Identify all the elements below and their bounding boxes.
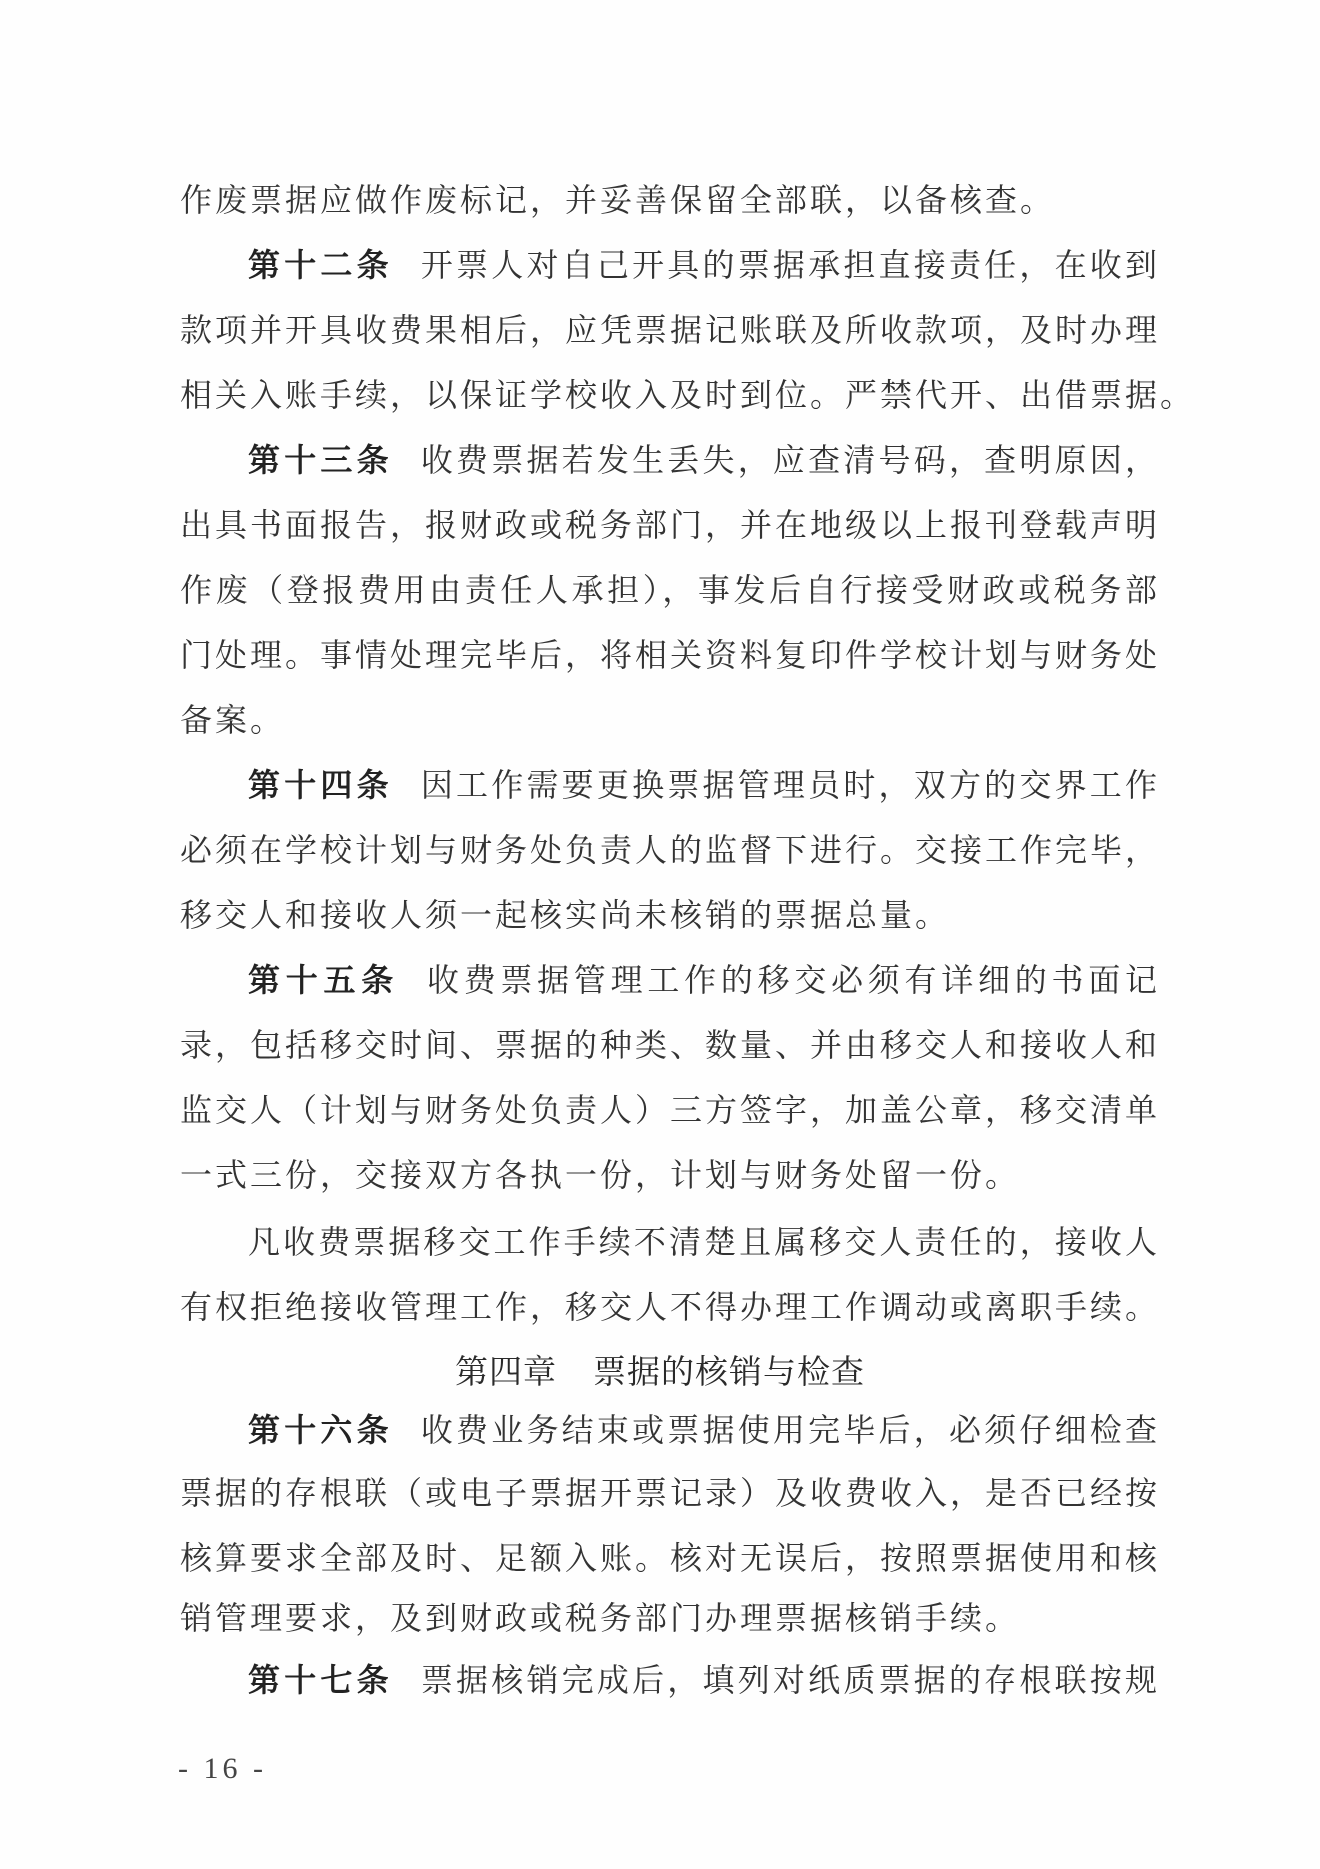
paragraph-line: 核算要求全部及时、足额入账。核对无误后，按照票据使用和核 xyxy=(180,1536,1160,1580)
line-text: 款项并开具收费果相后，应凭票据记账联及所收款项，及时办理 xyxy=(180,311,1160,349)
article-label: 第十五条 xyxy=(248,961,399,999)
line-text: 因工作需要更换票据管理员时，双方的交界工作 xyxy=(421,766,1160,804)
paragraph-line: 备案。 xyxy=(180,698,1160,742)
paragraph-line: 监交人（计划与财务处负责人）三方签字，加盖公章，移交清单 xyxy=(180,1088,1160,1132)
paragraph-line: 出具书面报告，报财政或税务部门，并在地级以上报刊登载声明 xyxy=(180,503,1160,547)
article-14-heading-line: 第十四条因工作需要更换票据管理员时，双方的交界工作 xyxy=(248,763,1160,807)
article-16-heading-line: 第十六条收费业务结束或票据使用完毕后，必须仔细检查 xyxy=(248,1408,1160,1452)
paragraph-line: 一式三份，交接双方各执一份，计划与财务处留一份。 xyxy=(180,1153,1160,1197)
paragraph-line: 必须在学校计划与财务处负责人的监督下进行。交接工作完毕， xyxy=(180,828,1160,872)
article-12-heading-line: 第十二条开票人对自己开具的票据承担直接责任，在收到 xyxy=(248,243,1160,287)
line-text: 票据核销完成后，填列对纸质票据的存根联按规 xyxy=(421,1661,1160,1699)
line-text: 开票人对自己开具的票据承担直接责任，在收到 xyxy=(421,246,1160,284)
paragraph-line: 相关入账手续，以保证学校收入及时到位。严禁代开、出借票据。 xyxy=(180,373,1160,417)
paragraph-line: 票据的存根联（或电子票据开票记录）及收费收入，是否已经按 xyxy=(180,1471,1160,1515)
line-text: 有权拒绝接收管理工作，移交人不得办理工作调动或离职手续。 xyxy=(180,1288,1160,1326)
document-page: 作废票据应做作废标记，并妥善保留全部联，以备核查。 第十二条开票人对自己开具的票… xyxy=(0,0,1320,1869)
line-text: 作废（登报费用由责任人承担），事发后自行接受财政或税务部 xyxy=(180,571,1160,609)
article-label: 第十三条 xyxy=(248,441,393,479)
line-text: 收费票据若发生丢失，应查清号码，查明原因， xyxy=(421,441,1160,479)
line-text: 相关入账手续，以保证学校收入及时到位。严禁代开、出借票据。 xyxy=(180,376,1195,414)
paragraph-line: 作废（登报费用由责任人承担），事发后自行接受财政或税务部 xyxy=(180,568,1160,612)
paragraph-line: 有权拒绝接收管理工作，移交人不得办理工作调动或离职手续。 xyxy=(180,1285,1160,1329)
line-text: 门处理。事情处理完毕后，将相关资料复印件学校计划与财务处 xyxy=(180,636,1160,674)
article-17-heading-line: 第十七条票据核销完成后，填列对纸质票据的存根联按规 xyxy=(248,1658,1160,1702)
line-text: 监交人（计划与财务处负责人）三方签字，加盖公章，移交清单 xyxy=(180,1091,1160,1129)
line-text: 出具书面报告，报财政或税务部门，并在地级以上报刊登载声明 xyxy=(180,506,1160,544)
article-13-heading-line: 第十三条收费票据若发生丢失，应查清号码，查明原因， xyxy=(248,438,1160,482)
paragraph-line: 录，包括移交时间、票据的种类、数量、并由移交人和接收人和 xyxy=(180,1023,1160,1067)
paragraph-line: 作废票据应做作废标记，并妥善保留全部联，以备核查。 xyxy=(180,178,1160,222)
line-text: 核算要求全部及时、足额入账。核对无误后，按照票据使用和核 xyxy=(180,1539,1160,1577)
line-text: 收费票据管理工作的移交必须有详细的书面记 xyxy=(427,961,1160,999)
paragraph-line: 销管理要求，及到财政或税务部门办理票据核销手续。 xyxy=(180,1596,1160,1640)
paragraph-line: 移交人和接收人须一起核实尚未核销的票据总量。 xyxy=(180,893,1160,937)
article-label: 第十四条 xyxy=(248,766,393,804)
line-text: 凡收费票据移交工作手续不清楚且属移交人责任的，接收人 xyxy=(248,1223,1160,1261)
chapter-title: 票据的核销与检查 xyxy=(593,1352,865,1391)
page-number: - 16 - xyxy=(178,1752,267,1786)
paragraph-line: 门处理。事情处理完毕后，将相关资料复印件学校计划与财务处 xyxy=(180,633,1160,677)
article-15-heading-line: 第十五条收费票据管理工作的移交必须有详细的书面记 xyxy=(248,958,1160,1002)
article-label: 第十六条 xyxy=(248,1411,393,1449)
line-text: 必须在学校计划与财务处负责人的监督下进行。交接工作完毕， xyxy=(180,831,1160,869)
line-text: 一式三份，交接双方各执一份，计划与财务处留一份。 xyxy=(180,1156,1020,1194)
line-text: 销管理要求，及到财政或税务部门办理票据核销手续。 xyxy=(180,1599,1020,1637)
line-text: 票据的存根联（或电子票据开票记录）及收费收入，是否已经按 xyxy=(180,1474,1160,1512)
line-text: 备案。 xyxy=(180,701,285,739)
line-text: 收费业务结束或票据使用完毕后，必须仔细检查 xyxy=(421,1411,1160,1449)
article-label: 第十二条 xyxy=(248,246,393,284)
line-text: 移交人和接收人须一起核实尚未核销的票据总量。 xyxy=(180,896,950,934)
line-text: 录，包括移交时间、票据的种类、数量、并由移交人和接收人和 xyxy=(180,1026,1160,1064)
paragraph-line: 款项并开具收费果相后，应凭票据记账联及所收款项，及时办理 xyxy=(180,308,1160,352)
article-label: 第十七条 xyxy=(248,1661,393,1699)
line-text: 作废票据应做作废标记，并妥善保留全部联，以备核查。 xyxy=(180,181,1055,219)
chapter-heading: 第四章票据的核销与检查 xyxy=(0,1350,1320,1394)
paragraph-first-line: 凡收费票据移交工作手续不清楚且属移交人责任的，接收人 xyxy=(248,1220,1160,1264)
chapter-number: 第四章 xyxy=(455,1352,557,1391)
